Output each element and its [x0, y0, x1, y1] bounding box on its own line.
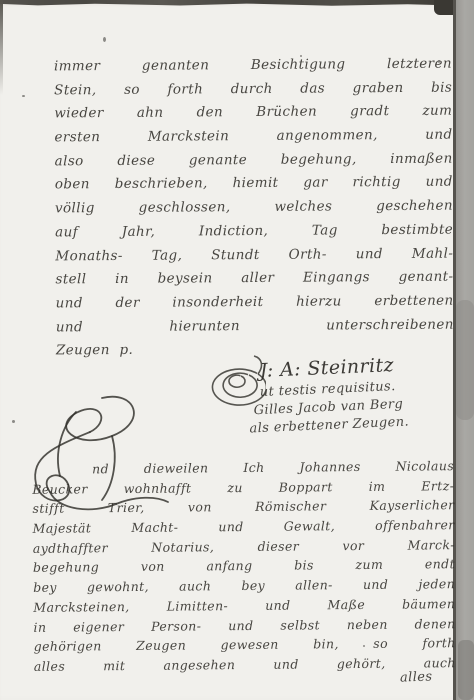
manuscript-line: völlig geschlossen, welches geschehen [55, 198, 453, 224]
manuscript-line: und hierunten unterschreibenen [56, 316, 454, 342]
manuscript-line: auf Jahr, Indiction, Tag bestimbte [55, 221, 453, 247]
manuscript-line: alles mit angesehen und gehört, auch [34, 655, 456, 678]
manuscript-line: also diese genante begehung, inmaßen [55, 150, 453, 176]
paper-speck [22, 95, 25, 97]
manuscript-line: wieder ahn den Brüchen gradt zum [54, 103, 452, 129]
page-edge-smudge [458, 640, 474, 700]
scan-border-top [0, 0, 474, 6]
paper-speck [103, 37, 106, 42]
manuscript-line: immer genanten Besichtigung letzteren [54, 56, 452, 82]
manuscript-line: ersten Marckstein angenommen, und [54, 127, 452, 153]
manuscript-line: und der insonderheit hierzu erbettenen [56, 292, 454, 318]
scan-border-left [0, 0, 3, 95]
manuscript-line: stell in beysein aller Eingangs genant- [55, 269, 453, 295]
paragraph-main: immer genanten Besichtigung letzteren St… [54, 56, 454, 367]
page-edge-smudge [456, 300, 474, 420]
catchword: alles [400, 669, 433, 685]
manuscript-page: immer genanten Besichtigung letzteren St… [0, 0, 474, 700]
paragraph-closing: nd dieweilen Ich Johannes Nicolaus Beuck… [32, 458, 456, 678]
manuscript-line: oben beschrieben, hiemit gar richtig und [55, 174, 453, 200]
signature-block: J: A: Steinritz ut testis requisitus. Gi… [220, 352, 435, 440]
manuscript-line: Stein, so forth durch das graben bis [54, 79, 452, 105]
manuscript-line: Monaths- Tag, Stundt Orth- und Mahl- [55, 245, 453, 271]
